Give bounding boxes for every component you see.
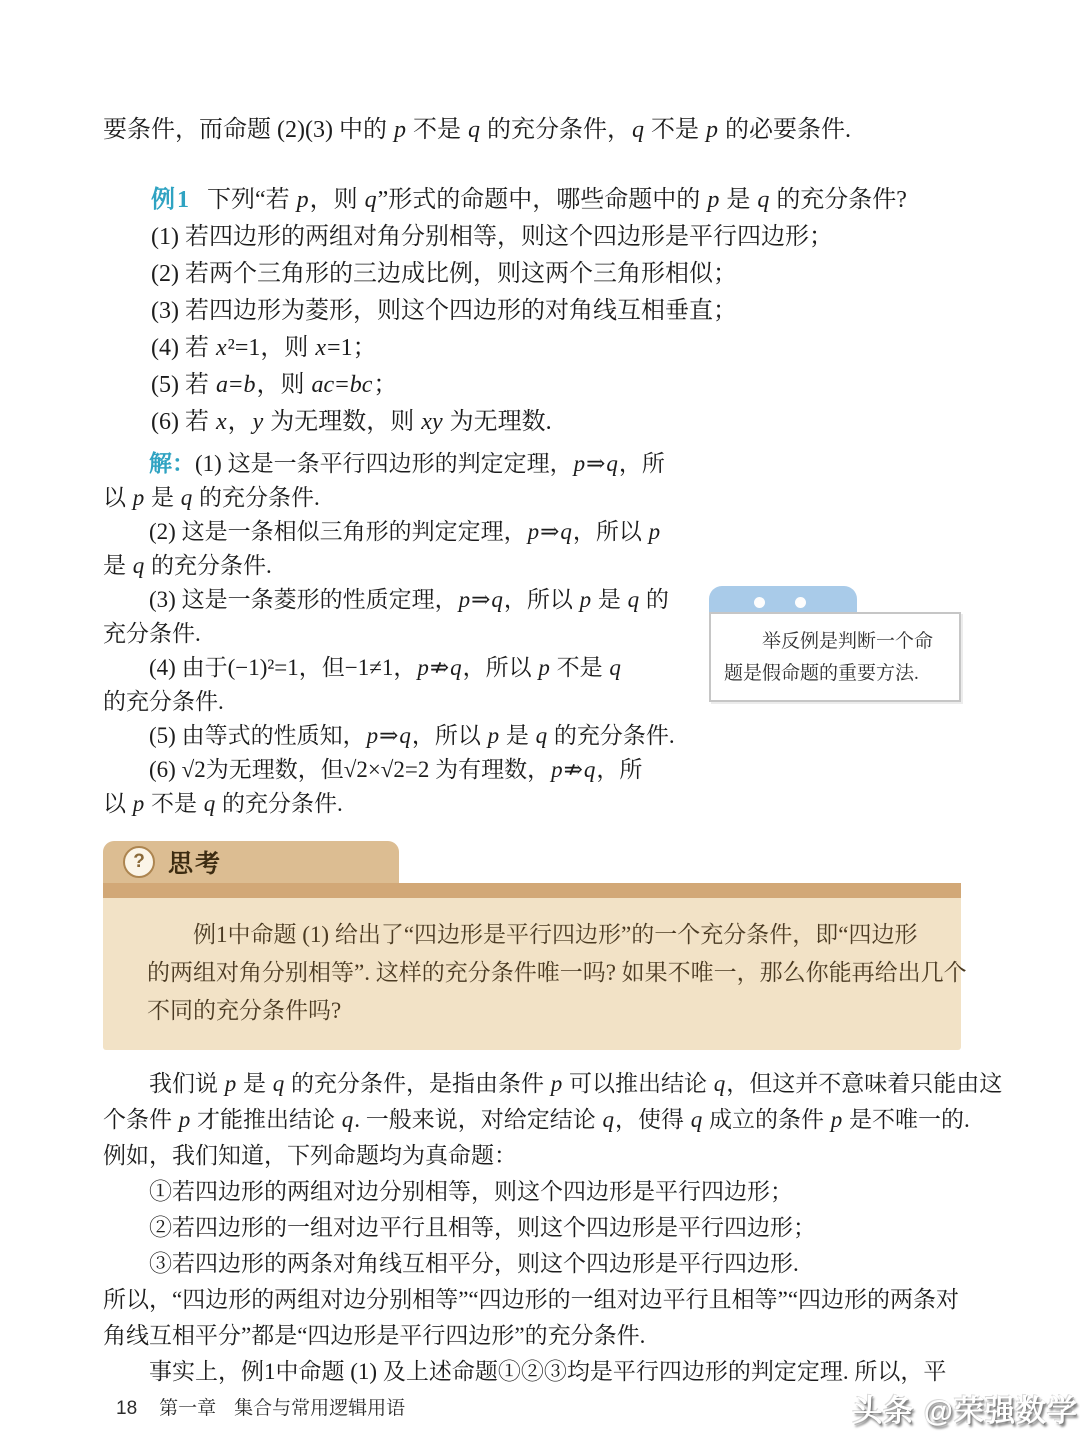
text-line: (3) 若四边形为菱形，则这个四边形的对角线互相垂直； — [103, 293, 961, 330]
think-title: 思考 — [168, 844, 222, 880]
text-line: 事实上，例1中命题 (1) 及上述命题①②③均是平行四边形的判定定理. 所以，平 — [103, 1354, 961, 1390]
text-line: 举反例是判断一个命 — [724, 626, 947, 658]
chapter-title: 集合与常用逻辑用语 — [234, 1393, 405, 1420]
text-line: (6) 若 x，y 为无理数，则 xy 为无理数. — [103, 404, 961, 441]
example-label: 例1 — [151, 187, 191, 213]
text-line: 的两组对角分别相等”. 这样的充分条件唯一吗? 如果不唯一，那么你能再给出几个 — [147, 954, 923, 992]
intro-paragraph: 要条件，而命题 (2)(3) 中的 p 不是 q 的充分条件，q 不是 p 的必… — [103, 112, 961, 149]
body-paragraphs: 我们说 p 是 q 的充分条件，是指由条件 p 可以推出结论 q，但这并不意味着… — [103, 1066, 961, 1390]
example-question: 下列“若 p，则 q”形式的命题中，哪些命题中的 p 是 q 的充分条件? — [207, 187, 907, 213]
text-line: 的充分条件. — [103, 685, 703, 719]
text-line: 角线互相平分”都是“四边形是平行四边形”的充分条件. — [103, 1318, 961, 1354]
solution-first-text: (1) 这是一条平行四边形的判定定理，p⇒q，所 — [195, 451, 665, 476]
text-line: 所以，“四边形的两组对边分别相等”“四边形的一组对边平行且相等”“四边形的两条对 — [103, 1282, 961, 1318]
text-line: 以 p 不是 q 的充分条件. — [103, 787, 703, 821]
page-number: 18 — [116, 1398, 137, 1420]
text-line: 不同的充分条件吗? — [147, 992, 923, 1030]
page-footer: 18 第一章 集合与常用逻辑用语 — [116, 1393, 405, 1420]
solution-lines: 以 p 是 q 的充分条件. (2) 这是一条相似三角形的判定定理，p⇒q，所以… — [103, 481, 703, 821]
text-line: 题是假命题的重要方法. — [724, 658, 947, 690]
text-line: (6) √2为无理数，但√2×√2=2 为有理数，p⇏q，所 — [103, 753, 703, 787]
text-line: (2) 若两个三角形的三边成比例，则这两个三角形相似； — [103, 256, 961, 293]
text-line: (4) 若 x²=1，则 x=1； — [103, 330, 961, 367]
text-line: 以 p 是 q 的充分条件. — [103, 481, 703, 515]
pin-dot-icon — [754, 597, 765, 608]
text-line: (3) 这是一条菱形的性质定理，p⇒q，所以 p 是 q 的 — [103, 583, 703, 617]
text-line: 充分条件. — [103, 617, 703, 651]
text-line: 例1中命题 (1) 给出了“四边形是平行四边形”的一个充分条件，即“四边形 — [147, 916, 923, 954]
textbook-page: 要条件，而命题 (2)(3) 中的 p 不是 q 的充分条件，q 不是 p 的必… — [0, 0, 1080, 1448]
example-section: 例1下列“若 p，则 q”形式的命题中，哪些命题中的 p 是 q 的充分条件? … — [103, 182, 961, 821]
text-line: (1) 若四边形的两组对角分别相等，则这个四边形是平行四边形； — [103, 219, 961, 256]
page-content: 要条件，而命题 (2)(3) 中的 p 不是 q 的充分条件，q 不是 p 的必… — [103, 112, 961, 1390]
think-body: 例1中命题 (1) 给出了“四边形是平行四边形”的一个充分条件，即“四边形的两组… — [103, 898, 961, 1050]
text-line: (5) 由等式的性质知，p⇒q，所以 p 是 q 的充分条件. — [103, 719, 703, 753]
text-line: 是 q 的充分条件. — [103, 549, 703, 583]
example-question-line: 例1下列“若 p，则 q”形式的命题中，哪些命题中的 p 是 q 的充分条件? — [103, 182, 961, 219]
solution-wrap: 解：(1) 这是一条平行四边形的判定定理，p⇒q，所 以 p 是 q 的充分条件… — [103, 447, 961, 821]
text-line: 我们说 p 是 q 的充分条件，是指由条件 p 可以推出结论 q，但这并不意味着… — [103, 1066, 961, 1102]
text-line: (5) 若 a=b，则 ac=bc； — [103, 367, 961, 404]
text-line: (2) 这是一条相似三角形的判定定理，p⇒q，所以 p — [103, 515, 703, 549]
note-box: 举反例是判断一个命题是假命题的重要方法. — [709, 612, 961, 702]
chapter-label: 第一章 — [159, 1393, 216, 1420]
text-line: 例如，我们知道，下列命题均为真命题： — [103, 1138, 961, 1174]
pin-dot-icon — [795, 597, 806, 608]
solution-first-line: 解：(1) 这是一条平行四边形的判定定理，p⇒q，所 — [103, 447, 703, 481]
think-tab: ? 思考 — [103, 841, 399, 883]
text-line: ③若四边形的两条对角线互相平分，则这个四边形是平行四边形. — [103, 1246, 961, 1282]
margin-note: 举反例是判断一个命题是假命题的重要方法. — [709, 586, 961, 702]
text-line: 个条件 p 才能推出结论 q. 一般来说，对给定结论 q，使得 q 成立的条件 … — [103, 1102, 961, 1138]
watermark: 头条 @荣强数学 — [852, 1386, 1078, 1430]
solution-block: 解：(1) 这是一条平行四边形的判定定理，p⇒q，所 以 p 是 q 的充分条件… — [103, 447, 703, 821]
question-icon: ? — [123, 846, 155, 878]
text-line: (4) 由于(−1)²=1，但−1≠1，p⇏q，所以 p 不是 q — [103, 651, 703, 685]
think-strip — [103, 883, 961, 898]
think-box: ? 思考 例1中命题 (1) 给出了“四边形是平行四边形”的一个充分条件，即“四… — [103, 841, 961, 1050]
text-line: ①若四边形的两组对边分别相等，则这个四边形是平行四边形； — [103, 1174, 961, 1210]
text-line: ②若四边形的一组对边平行且相等，则这个四边形是平行四边形； — [103, 1210, 961, 1246]
example-items: (1) 若四边形的两组对角分别相等，则这个四边形是平行四边形； (2) 若两个三… — [103, 219, 961, 441]
solution-label: 解： — [149, 451, 195, 476]
